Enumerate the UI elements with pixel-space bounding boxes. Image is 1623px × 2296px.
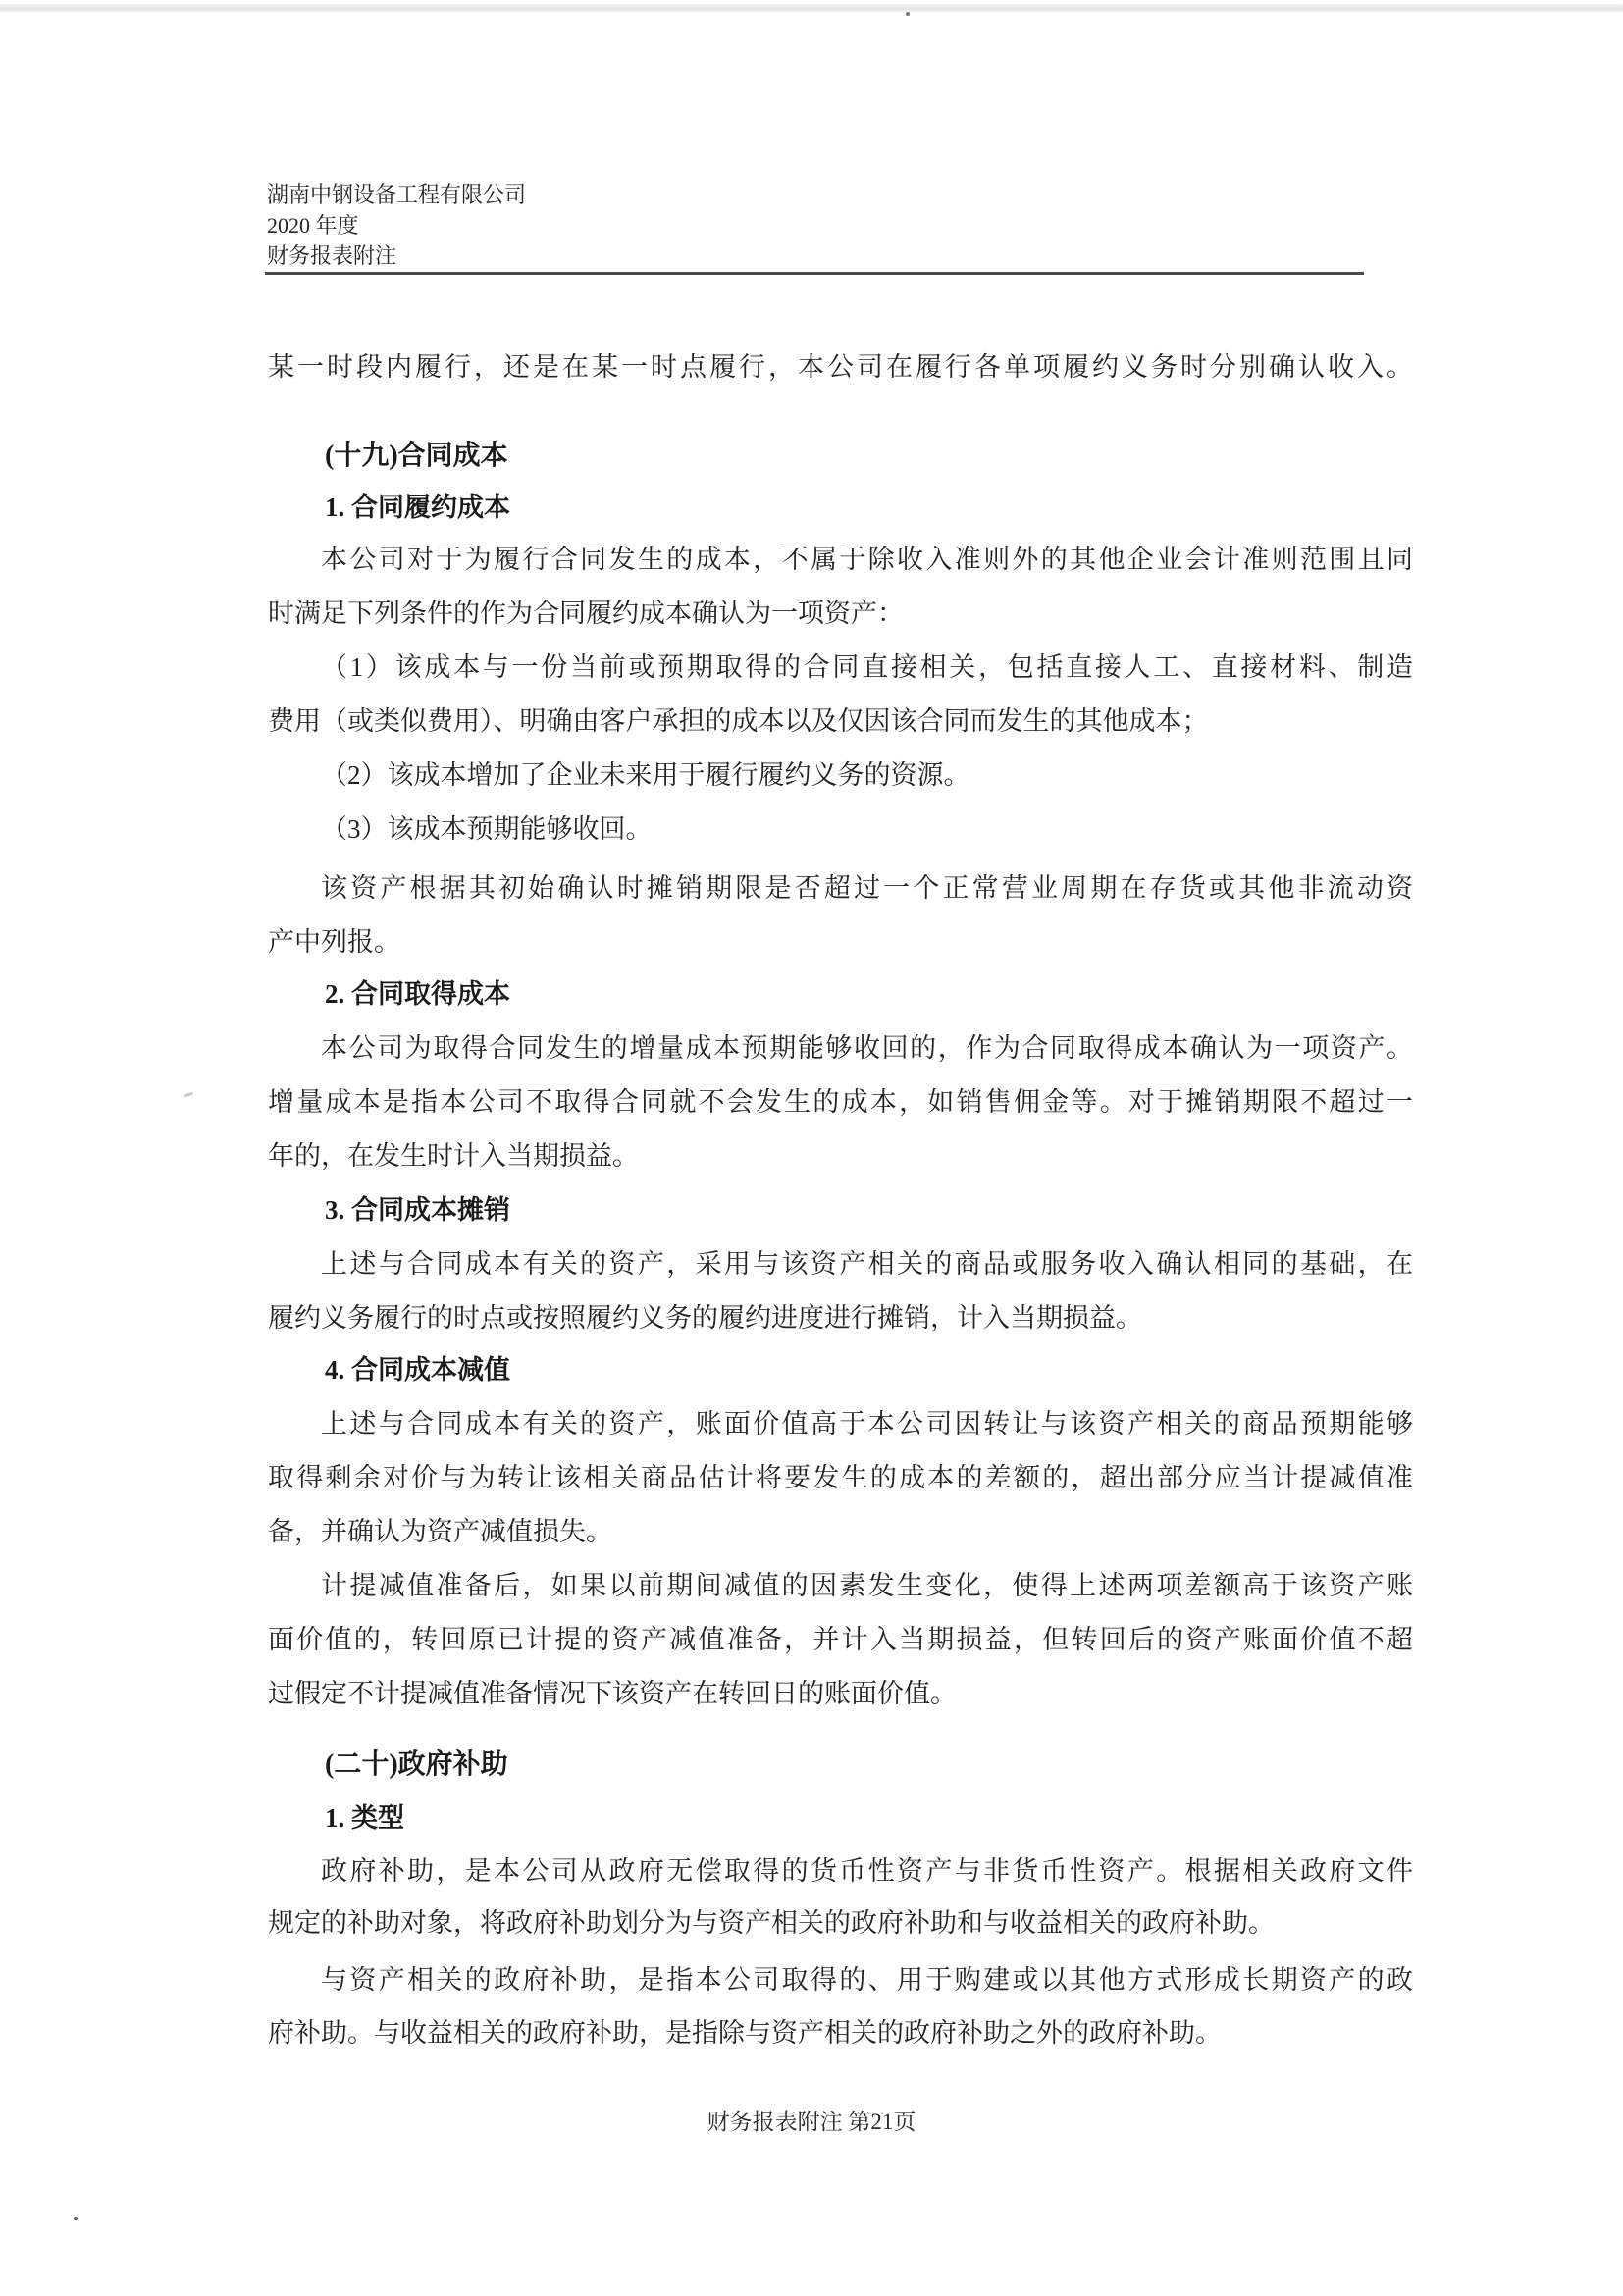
body-line: 该资产根据其初始确认时摊销期限是否超过一个正常营业周期在存货或其他非流动资 <box>268 861 1413 915</box>
scan-artifact <box>0 4 1623 13</box>
body-line: 计提减值准备后，如果以前期间减值的因素发生变化，使得上述两项差额高于该资产账 <box>268 1559 1413 1613</box>
body-line-item-1: （1）该成本与一份当前或预期取得的合同直接相关，包括直接人工、直接材料、制造 <box>268 641 1413 695</box>
page-footer: 财务报表附注 第21页 <box>0 2109 1623 2136</box>
body-line: 府补助。与收益相关的政府补助，是指除与资产相关的政府补助之外的政府补助。 <box>268 2007 1413 2061</box>
heading-contract-cost-impairment: 4. 合同成本减值 <box>268 1343 1413 1397</box>
body-line: 本公司对于为履行合同发生的成本，不属于除收入准则外的其他企业会计准则范围且同 <box>268 533 1413 587</box>
heading-grant-type: 1. 类型 <box>268 1792 1413 1846</box>
body-line: 过假定不计提减值准备情况下该资产在转回日的账面价值。 <box>268 1667 1413 1721</box>
scan-artifact <box>184 1092 193 1098</box>
company-name: 湖南中钢设备工程有限公司 <box>267 180 526 210</box>
body-line: 年的，在发生时计入当期损益。 <box>268 1129 1413 1183</box>
body-line: 备，并确认为资产减值损失。 <box>268 1505 1413 1559</box>
body-line: 取得剩余对价与为转让该相关商品估计将要发生的成本的差额的，超出部分应当计提减值准 <box>268 1451 1413 1505</box>
document-page: 湖南中钢设备工程有限公司 2020 年度 财务报表附注 某一时段内履行，还是在某… <box>0 0 1623 2296</box>
body-line: 面价值的，转回原已计提的资产减值准备，并计入当期损益，但转回后的资产账面价值不超 <box>268 1613 1413 1667</box>
body-line-item-2: （2）该成本增加了企业未来用于履行履约义务的资源。 <box>268 749 1413 803</box>
header-divider <box>265 272 1364 275</box>
body-line: 增量成本是指本公司不取得合同就不会发生的成本，如销售佣金等。对于摊销期限不超过一 <box>268 1075 1413 1129</box>
body-line: 某一时段内履行，还是在某一时点履行，本公司在履行各单项履约义务时分别确认收入。 <box>268 340 1413 394</box>
body-line: 上述与合同成本有关的资产，账面价值高于本公司因转让与该资产相关的商品预期能够 <box>268 1397 1413 1451</box>
body-line-item-3: （3）该成本预期能够收回。 <box>268 803 1413 857</box>
body-line: 规定的补助对象，将政府补助划分为与资产相关的政府补助和与收益相关的政府补助。 <box>268 1897 1413 1951</box>
body-line: 本公司为取得合同发生的增量成本预期能够收回的，作为合同取得成本确认为一项资产。 <box>268 1021 1413 1075</box>
scan-artifact <box>74 2217 78 2220</box>
heading-section-20-government-grants: (二十)政府补助 <box>268 1738 1413 1792</box>
heading-contract-cost-amortization: 3. 合同成本摊销 <box>268 1183 1413 1237</box>
body-line: 时满足下列条件的作为合同履约成本确认为一项资产： <box>268 587 1413 641</box>
body-line: 上述与合同成本有关的资产，采用与该资产相关的商品或服务收入确认相同的基础，在 <box>268 1237 1413 1291</box>
body-line: 产中列报。 <box>268 915 1413 969</box>
document-title: 财务报表附注 <box>267 240 526 271</box>
fiscal-year: 2020 年度 <box>267 210 526 240</box>
body-line: 费用（或类似费用）、明确由客户承担的成本以及仅因该合同而发生的其他成本； <box>268 695 1413 749</box>
scan-artifact <box>906 12 910 16</box>
heading-contract-performance-cost: 1. 合同履约成本 <box>268 481 1413 535</box>
heading-section-19-contract-costs: (十九)合同成本 <box>268 429 1413 483</box>
document-header: 湖南中钢设备工程有限公司 2020 年度 财务报表附注 <box>267 180 526 271</box>
body-line: 政府补助，是本公司从政府无偿取得的货币性资产与非货币性资产。根据相关政府文件 <box>268 1845 1413 1899</box>
body-line: 与资产相关的政府补助，是指本公司取得的、用于购建或以其他方式形成长期资产的政 <box>268 1954 1413 2008</box>
heading-contract-acquisition-cost: 2. 合同取得成本 <box>268 967 1413 1021</box>
body-line: 履约义务履行的时点或按照履约义务的履约进度进行摊销，计入当期损益。 <box>268 1291 1413 1345</box>
